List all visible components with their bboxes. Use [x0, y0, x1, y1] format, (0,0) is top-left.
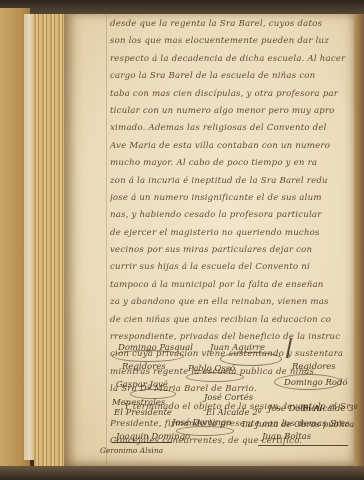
bottom-shadow — [0, 466, 364, 480]
text-line: jose á un numero insignificante el de su… — [110, 190, 356, 207]
signature: La Junta de Obras pública — [242, 420, 354, 430]
heading-councillors-right: Regidores — [292, 362, 336, 372]
text-line: zon á la incuria é ineptitud de la Sra B… — [110, 173, 356, 190]
text-line: ticular con un numero algo menor pero mu… — [110, 103, 356, 120]
signature-flourish — [274, 374, 342, 390]
text-line: mucho mayor. Al cabo de poco tiempo y en… — [110, 155, 356, 172]
signature: Menestrales — [112, 398, 165, 408]
text-line: tampoco á la municipal por la falta de e… — [110, 277, 356, 294]
signature-flourish — [176, 426, 234, 436]
signature: José Dalmau — [268, 404, 322, 414]
page-stack-edges — [34, 14, 66, 466]
text-line: respecto á la decadencia de dicha escuel… — [110, 51, 356, 68]
text-line: de cien niñas que antes recibian la educ… — [110, 312, 356, 329]
heading-councillors-left: Regidores — [122, 362, 166, 372]
signature-flourish — [220, 352, 282, 366]
signature-underline — [258, 445, 348, 446]
text-line: currir sus hijas á la escuela del Conven… — [110, 259, 356, 276]
text-line: cargo la Sra Barel de la escuela de niña… — [110, 68, 356, 85]
text-line: desde que la regenta la Sra Barel, cuyos… — [110, 16, 356, 33]
text-line: nas, y habiendo cesado la profesora part… — [110, 207, 356, 224]
text-line: de ejercer el magisterio no queriendo mu… — [110, 225, 356, 242]
signature-flourish — [112, 350, 184, 362]
text-line: ximado. Ademas las religiosas del Conven… — [110, 120, 356, 137]
signature-flourish — [186, 372, 244, 382]
signature: Geronimo Alsina — [100, 446, 163, 455]
signature: José Cortés — [204, 393, 253, 403]
signature-flourish — [130, 389, 176, 399]
margin-rule — [106, 14, 107, 470]
signature-underline — [112, 442, 172, 443]
heading-mayor-2: El Alcalde 2º — [206, 408, 262, 418]
heading-president: El Presidente — [114, 408, 172, 418]
text-line: son los que mas elocuentemente pueden da… — [110, 33, 356, 50]
ledger-photo: desde que la regenta la Sra Barel, cuyos… — [0, 0, 364, 480]
signature: Juan Boltas — [262, 432, 311, 442]
text-line: vecinos por sus miras particulares dejar… — [110, 242, 356, 259]
text-line: taba con mas cien discípulas, y otra pro… — [110, 86, 356, 103]
text-line: za y abandono que en ella reinaban, vien… — [110, 294, 356, 311]
text-line: Ave Maria de esta villa contaban con un … — [110, 138, 356, 155]
